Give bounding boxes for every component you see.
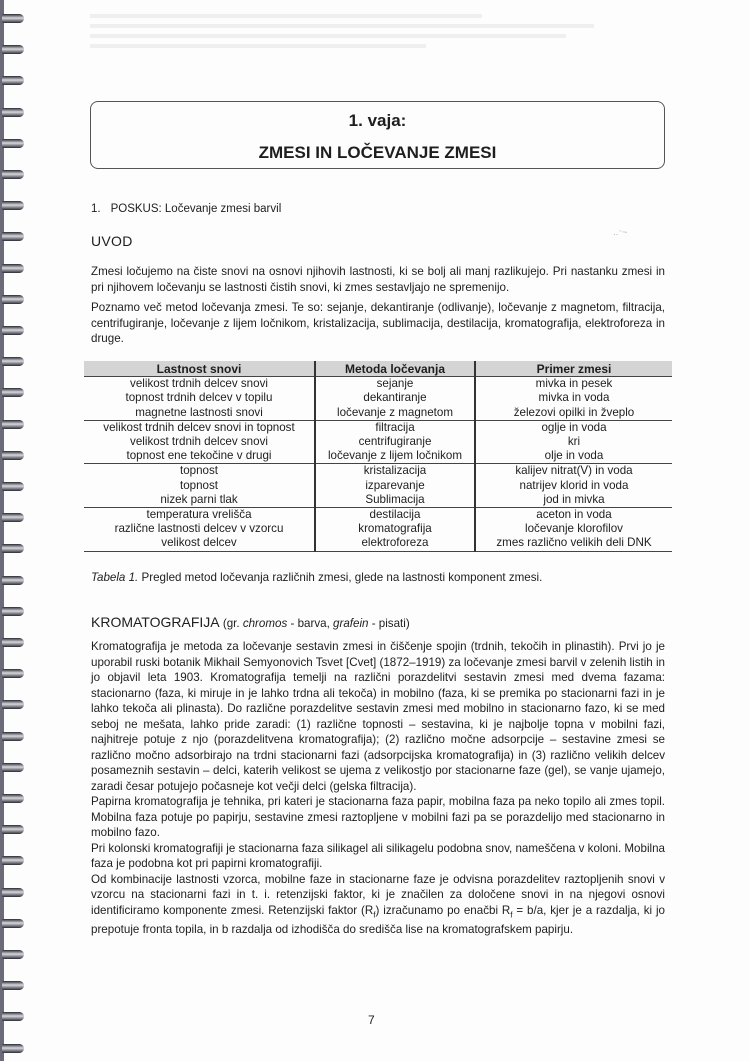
table-row: velikost trdnih delcev snovisejanjemivka… xyxy=(84,377,672,392)
binding-ring xyxy=(2,108,24,117)
pencil-mark: ‥⁻~ xyxy=(613,228,643,236)
bleed-through-text xyxy=(90,8,650,78)
cell-property: magnetne lastnosti snovi xyxy=(84,406,315,421)
binding-ring xyxy=(2,638,24,647)
binding-ring xyxy=(2,669,24,678)
binding-ring xyxy=(2,888,24,897)
binding-ring xyxy=(2,700,24,709)
binding-ring xyxy=(2,357,24,366)
chromatography-title: KROMATOGRAFIJA xyxy=(91,614,220,630)
cell-property: velikost delcev xyxy=(84,536,315,551)
cell-example: mivka in voda xyxy=(475,391,672,405)
cell-example: aceton in voda xyxy=(475,508,672,523)
table-row: velikost trdnih delcev snovi in topnostf… xyxy=(84,420,672,435)
binding-ring xyxy=(2,919,24,928)
binding-ring xyxy=(2,326,24,335)
experiment-number: 1. xyxy=(91,203,101,215)
binding-ring xyxy=(2,388,24,397)
table-caption: Tabela 1. Pregled metod ločevanja različ… xyxy=(91,571,542,584)
chromatography-paragraph-4: Od kombinacije lastnosti vzorca, mobilne… xyxy=(91,872,665,938)
binding-ring xyxy=(2,513,24,522)
cell-property: nizek parni tlak xyxy=(84,493,315,508)
caption-label: Tabela 1. xyxy=(91,571,138,584)
cell-example: oglje in voda xyxy=(475,420,672,435)
cell-method: centrifugiranje xyxy=(315,435,475,449)
intro-paragraph-2: Poznamo več metod ločevanja zmesi. Te so… xyxy=(91,300,665,347)
binding-ring xyxy=(2,451,24,460)
binding-ring xyxy=(2,170,24,179)
separation-methods-table: Lastnost snovi Metoda ločevanja Primer z… xyxy=(84,361,672,552)
binding-ring xyxy=(2,14,24,23)
column-header-method: Metoda ločevanja xyxy=(315,361,475,377)
page-number: 7 xyxy=(368,1013,375,1027)
chromatography-paragraph-3: Pri kolonski kromatografiji je stacionar… xyxy=(91,841,665,872)
binding-ring xyxy=(2,950,24,959)
table-row: velikost trdnih delcev snovicentrifugira… xyxy=(84,435,672,449)
cell-property: topnost xyxy=(84,479,315,493)
chromatography-paragraph-2: Papirna kromatografija je tehnika, pri k… xyxy=(91,794,665,841)
table-row: nizek parni tlakSublimacijajod in mivka xyxy=(84,493,672,508)
binding-ring xyxy=(2,576,24,585)
binding-ring xyxy=(2,794,24,803)
cell-property: velikost trdnih delcev snovi in topnost xyxy=(84,420,315,435)
cell-method: ločevanje z magnetom xyxy=(315,406,475,421)
cell-example: jod in mivka xyxy=(475,493,672,508)
binding-ring xyxy=(2,1012,24,1021)
binding-ring xyxy=(2,45,24,54)
exercise-label: 1. vaja: xyxy=(91,111,664,131)
cell-method: filtracija xyxy=(315,420,475,435)
table-row: različne lastnosti delcev v vzorcukromat… xyxy=(84,522,672,536)
cell-method: sejanje xyxy=(315,377,475,392)
etymology: (gr. chromos - barva, grafein - pisati) xyxy=(220,617,410,630)
cell-example: olje in voda xyxy=(475,449,672,464)
cell-method: izparevanje xyxy=(315,479,475,493)
chromatography-paragraph-1: Kromatografija je metoda za ločevanje se… xyxy=(91,639,665,794)
experiment-heading: 1.POSKUS: Ločevanje zmesi barvil xyxy=(91,203,281,215)
cell-method: dekantiranje xyxy=(315,391,475,405)
column-header-property: Lastnost snovi xyxy=(84,361,315,377)
table-row: magnetne lastnosti snoviločevanje z magn… xyxy=(84,406,672,421)
cell-example: kalijev nitrat(V) in voda xyxy=(475,464,672,479)
intro-heading: UVOD xyxy=(91,233,133,249)
intro-paragraph-1: Zmesi ločujemo na čiste snovi na osnovi … xyxy=(91,264,665,295)
table-row: topnostkristalizacijakalijev nitrat(V) i… xyxy=(84,464,672,479)
binding-ring xyxy=(2,763,24,772)
binding-ring xyxy=(2,201,24,210)
binding-ring xyxy=(2,482,24,491)
spiral-binding-rings xyxy=(0,0,30,1061)
column-header-example: Primer zmesi xyxy=(475,361,672,377)
chromatography-body: Kromatografija je metoda za ločevanje se… xyxy=(91,631,665,938)
binding-ring xyxy=(2,295,24,304)
experiment-text: POSKUS: Ločevanje zmesi barvil xyxy=(111,203,282,215)
cell-method: kristalizacija xyxy=(315,464,475,479)
table-row: topnost trdnih delcev v topiludekantiran… xyxy=(84,391,672,405)
binding-ring xyxy=(2,139,24,148)
table-row: topnostizparevanjenatrijev klorid in vod… xyxy=(84,479,672,493)
binding-ring xyxy=(2,264,24,273)
cell-example: zmes različno velikih deli DNK xyxy=(475,536,672,551)
binding-ring xyxy=(2,232,24,241)
binding-ring xyxy=(2,544,24,553)
title-box: 1. vaja: ZMESI IN LOČEVANJE ZMESI xyxy=(90,101,665,169)
binding-ring xyxy=(2,732,24,741)
binding-ring xyxy=(2,981,24,990)
cell-example: mivka in pesek xyxy=(475,377,672,392)
binding-ring xyxy=(2,76,24,85)
table-header-row: Lastnost snovi Metoda ločevanja Primer z… xyxy=(84,361,672,377)
caption-text: Pregled metod ločevanja različnih zmesi,… xyxy=(138,571,542,584)
cell-example: kri xyxy=(475,435,672,449)
cell-property: topnost trdnih delcev v topilu xyxy=(84,391,315,405)
binding-ring xyxy=(2,856,24,865)
cell-property: velikost trdnih delcev snovi xyxy=(84,435,315,449)
cell-method: elektroforeza xyxy=(315,536,475,551)
table-row: temperatura vreliščadestilacijaaceton in… xyxy=(84,508,672,523)
cell-method: ločevanje z lijem ločnikom xyxy=(315,449,475,464)
cell-method: Sublimacija xyxy=(315,493,475,508)
cell-property: topnost xyxy=(84,464,315,479)
cell-example: natrijev klorid in voda xyxy=(475,479,672,493)
binding-ring xyxy=(2,607,24,616)
cell-property: različne lastnosti delcev v vzorcu xyxy=(84,522,315,536)
page-title: ZMESI IN LOČEVANJE ZMESI xyxy=(91,143,664,163)
binding-ring xyxy=(2,1044,24,1053)
cell-property: velikost trdnih delcev snovi xyxy=(84,377,315,392)
binding-ring xyxy=(2,420,24,429)
cell-example: ločevanje klorofilov xyxy=(475,522,672,536)
table-row: topnost ene tekočine v drugiločevanje z … xyxy=(84,449,672,464)
cell-method: kromatografija xyxy=(315,522,475,536)
cell-property: temperatura vrelišča xyxy=(84,508,315,523)
table-row: velikost delcevelektroforezazmes različn… xyxy=(84,536,672,551)
cell-example: železovi opilki in žveplo xyxy=(475,406,672,421)
cell-method: destilacija xyxy=(315,508,475,523)
binding-ring xyxy=(2,825,24,834)
cell-property: topnost ene tekočine v drugi xyxy=(84,449,315,464)
chromatography-heading: KROMATOGRAFIJA (gr. chromos - barva, gra… xyxy=(91,614,410,630)
